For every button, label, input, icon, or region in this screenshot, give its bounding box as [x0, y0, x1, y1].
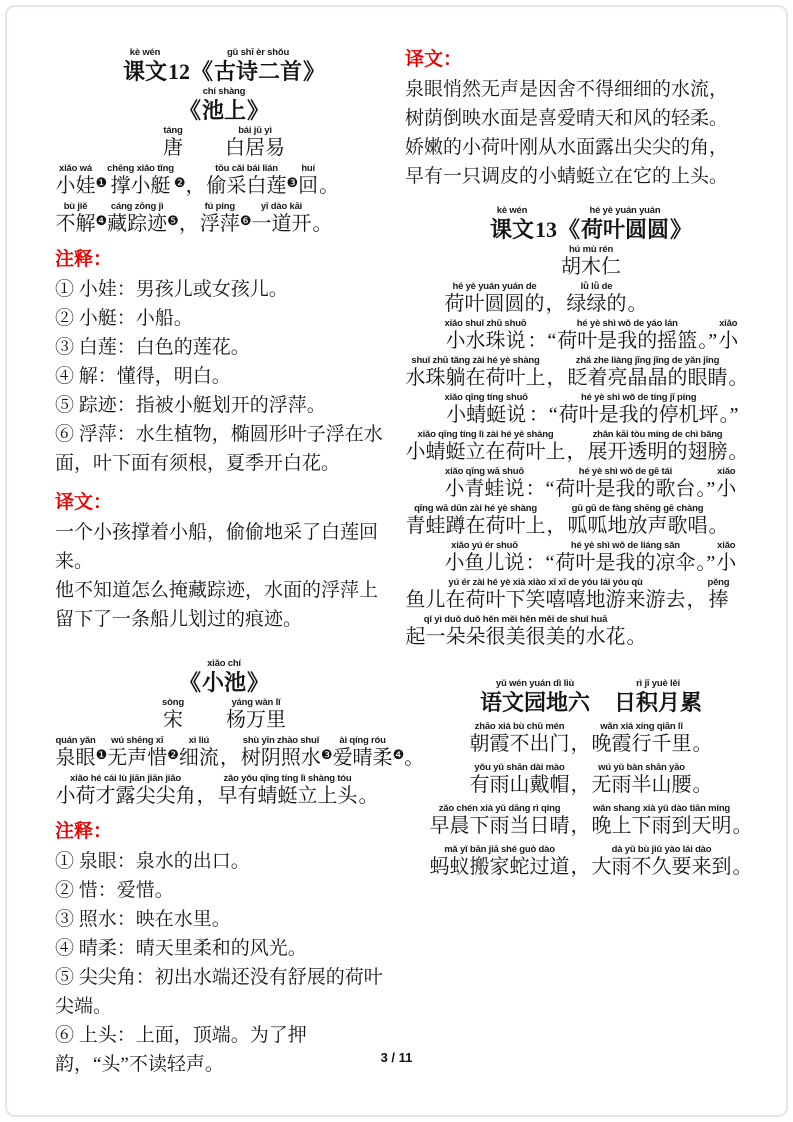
poem-xiaochi-title: 《小池xiǎo chí》: [55, 658, 393, 694]
note-item: ④ 解：懂得，明白。: [55, 362, 393, 391]
translation-line: 早有一只调皮的小蜻蜓立在它的上头。: [405, 162, 777, 191]
note-item: ④ 晴柔：晴天里柔和的风光。: [55, 934, 393, 963]
poem-chishang-author: 唐táng 白居易bái jū yì: [55, 125, 393, 159]
poem-chishang-line-2: 不解bù jiě❹藏踪迹cáng zōng jì❺，浮萍fú píng❻一道开y…: [55, 201, 393, 235]
lesson13-text-line: 起一朵朵很美很美的水花qǐ yì duǒ duǒ hěn měi hěn měi…: [405, 614, 777, 648]
proverb-line: 早晨下雨当日晴zǎo chén xià yǔ dāng rì qíng，晚上下雨…: [405, 803, 777, 837]
proverb-line: 朝霞不出门zhāo xiá bù chū mén，晚霞行千里wǎn xiá xí…: [405, 721, 777, 755]
lesson13-text-line: 鱼儿在荷叶下笑嘻嘻地游来游去yú ér zài hé yè xià xiào x…: [405, 577, 777, 611]
poem-chishang-line-1: 小娃xiǎo wá❶撑小艇chēng xiǎo tǐng❷，偷采白莲tōu cǎ…: [55, 163, 393, 197]
garden6-title: 语文园地六yǔ wén yuán dì liù 日积月累rì jī yuè lě…: [405, 678, 777, 714]
translation-heading: 译文：: [405, 44, 777, 71]
note-item: ① 小娃：男孩儿或女孩儿。: [55, 275, 393, 304]
lesson13-text-line: 小青蛙说xiǎo qīng wā shuō：“荷叶是我的歌台hé yè shì …: [405, 466, 777, 500]
translation-paragraph: 他不知道怎么掩藏踪迹，水面的浮萍上留下了一条船儿划过的痕迹。: [55, 576, 393, 634]
lesson13-text-line: 小水珠说xiǎo shuǐ zhū shuō：“荷叶是我的摇篮hé yè shì…: [405, 318, 777, 352]
note-item: ⑤ 踪迹：指被小艇划开的浮萍。: [55, 391, 393, 420]
lesson13-text-line: 荷叶圆圆的hé yè yuán yuán de，绿绿的lǜ lǜ de。: [405, 281, 777, 315]
lesson13-text-line: 小鱼儿说xiǎo yú ér shuō：“荷叶是我的凉伞hé yè shì wǒ…: [405, 540, 777, 574]
translation-heading: 译文：: [55, 487, 393, 514]
poem-xiaochi-author: 宋sòng 杨万里yáng wàn lǐ: [55, 697, 393, 731]
note-item: ⑤ 尖尖角：初出水端还没有舒展的荷叶尖端。: [55, 963, 393, 1021]
note-item: ① 泉眼：泉水的出口。: [55, 847, 393, 876]
translation-line: 泉眼悄然无声是因舍不得细细的水流，: [405, 75, 777, 104]
notes-heading: 注释：: [55, 816, 393, 843]
lesson13-text-line: 小蜻蜓说xiǎo qīng tíng shuō：“荷叶是我的停机坪hé yè s…: [405, 392, 777, 426]
proverb-line: 蚂蚁搬家蛇过道mǎ yǐ bān jiā shé guò dào，大雨不久要来到…: [405, 844, 777, 878]
notes-heading: 注释：: [55, 244, 393, 271]
note-item: ⑥ 浮萍：水生植物，椭圆形叶子浮在水面，叶下面有须根，夏季开白花。: [55, 420, 393, 478]
right-column: 译文： 泉眼悄然无声是因舍不得细细的水流， 树荫倒映水面是喜爱晴天和风的轻柔。 …: [405, 44, 777, 1079]
poem-xiaochi-line-1: 泉眼quán yǎn❶无声惜wú shēng xī❷细流xì liú，树阴照水s…: [55, 735, 393, 769]
lesson13-text-line: 小蜻蜓立在荷叶上xiǎo qīng tíng lì zài hé yè shàn…: [405, 429, 777, 463]
lesson12-title: 课文kè wén12《古诗二首gǔ shī èr shǒu》: [55, 47, 393, 83]
proverb-line: 有雨山戴帽yǒu yǔ shān dài mào，无雨半山腰wú yǔ bàn …: [405, 762, 777, 796]
lesson13-title: 课文kè wén13《荷叶圆圆hé yè yuán yuán》: [405, 205, 777, 241]
translation-line: 树荫倒映水面是喜爱晴天和风的轻柔。: [405, 104, 777, 133]
poem-chishang-title: 《池上chí shàng》: [55, 86, 393, 122]
note-item: ② 小艇：小船。: [55, 304, 393, 333]
page-number: 3 / 11: [0, 1050, 793, 1065]
poem-xiaochi-line-2: 小荷才露尖尖角xiǎo hé cái lù jiān jiān jiǎo，早有蜻…: [55, 773, 393, 807]
lesson13-text-line: 青蛙蹲在荷叶上qīng wā dūn zài hé yè shàng，呱呱地放声…: [405, 503, 777, 537]
lesson13-text-line: 水珠躺在荷叶上shuǐ zhū tǎng zài hé yè shàng，眨着亮…: [405, 355, 777, 389]
note-item: ③ 照水：映在水里。: [55, 905, 393, 934]
translation-line: 娇嫩的小荷叶刚从水面露出尖尖的角，: [405, 133, 777, 162]
worksheet-page: 课文kè wén12《古诗二首gǔ shī èr shǒu》 《池上chí sh…: [55, 44, 777, 1079]
lesson13-author: 胡木仁hú mù rén: [405, 244, 777, 278]
note-item: ② 惜：爱惜。: [55, 876, 393, 905]
note-item: ③ 白莲：白色的莲花。: [55, 333, 393, 362]
left-column: 课文kè wén12《古诗二首gǔ shī èr shǒu》 《池上chí sh…: [55, 44, 393, 1079]
translation-paragraph: 一个小孩撑着小船，偷偷地采了白莲回来。: [55, 518, 393, 576]
